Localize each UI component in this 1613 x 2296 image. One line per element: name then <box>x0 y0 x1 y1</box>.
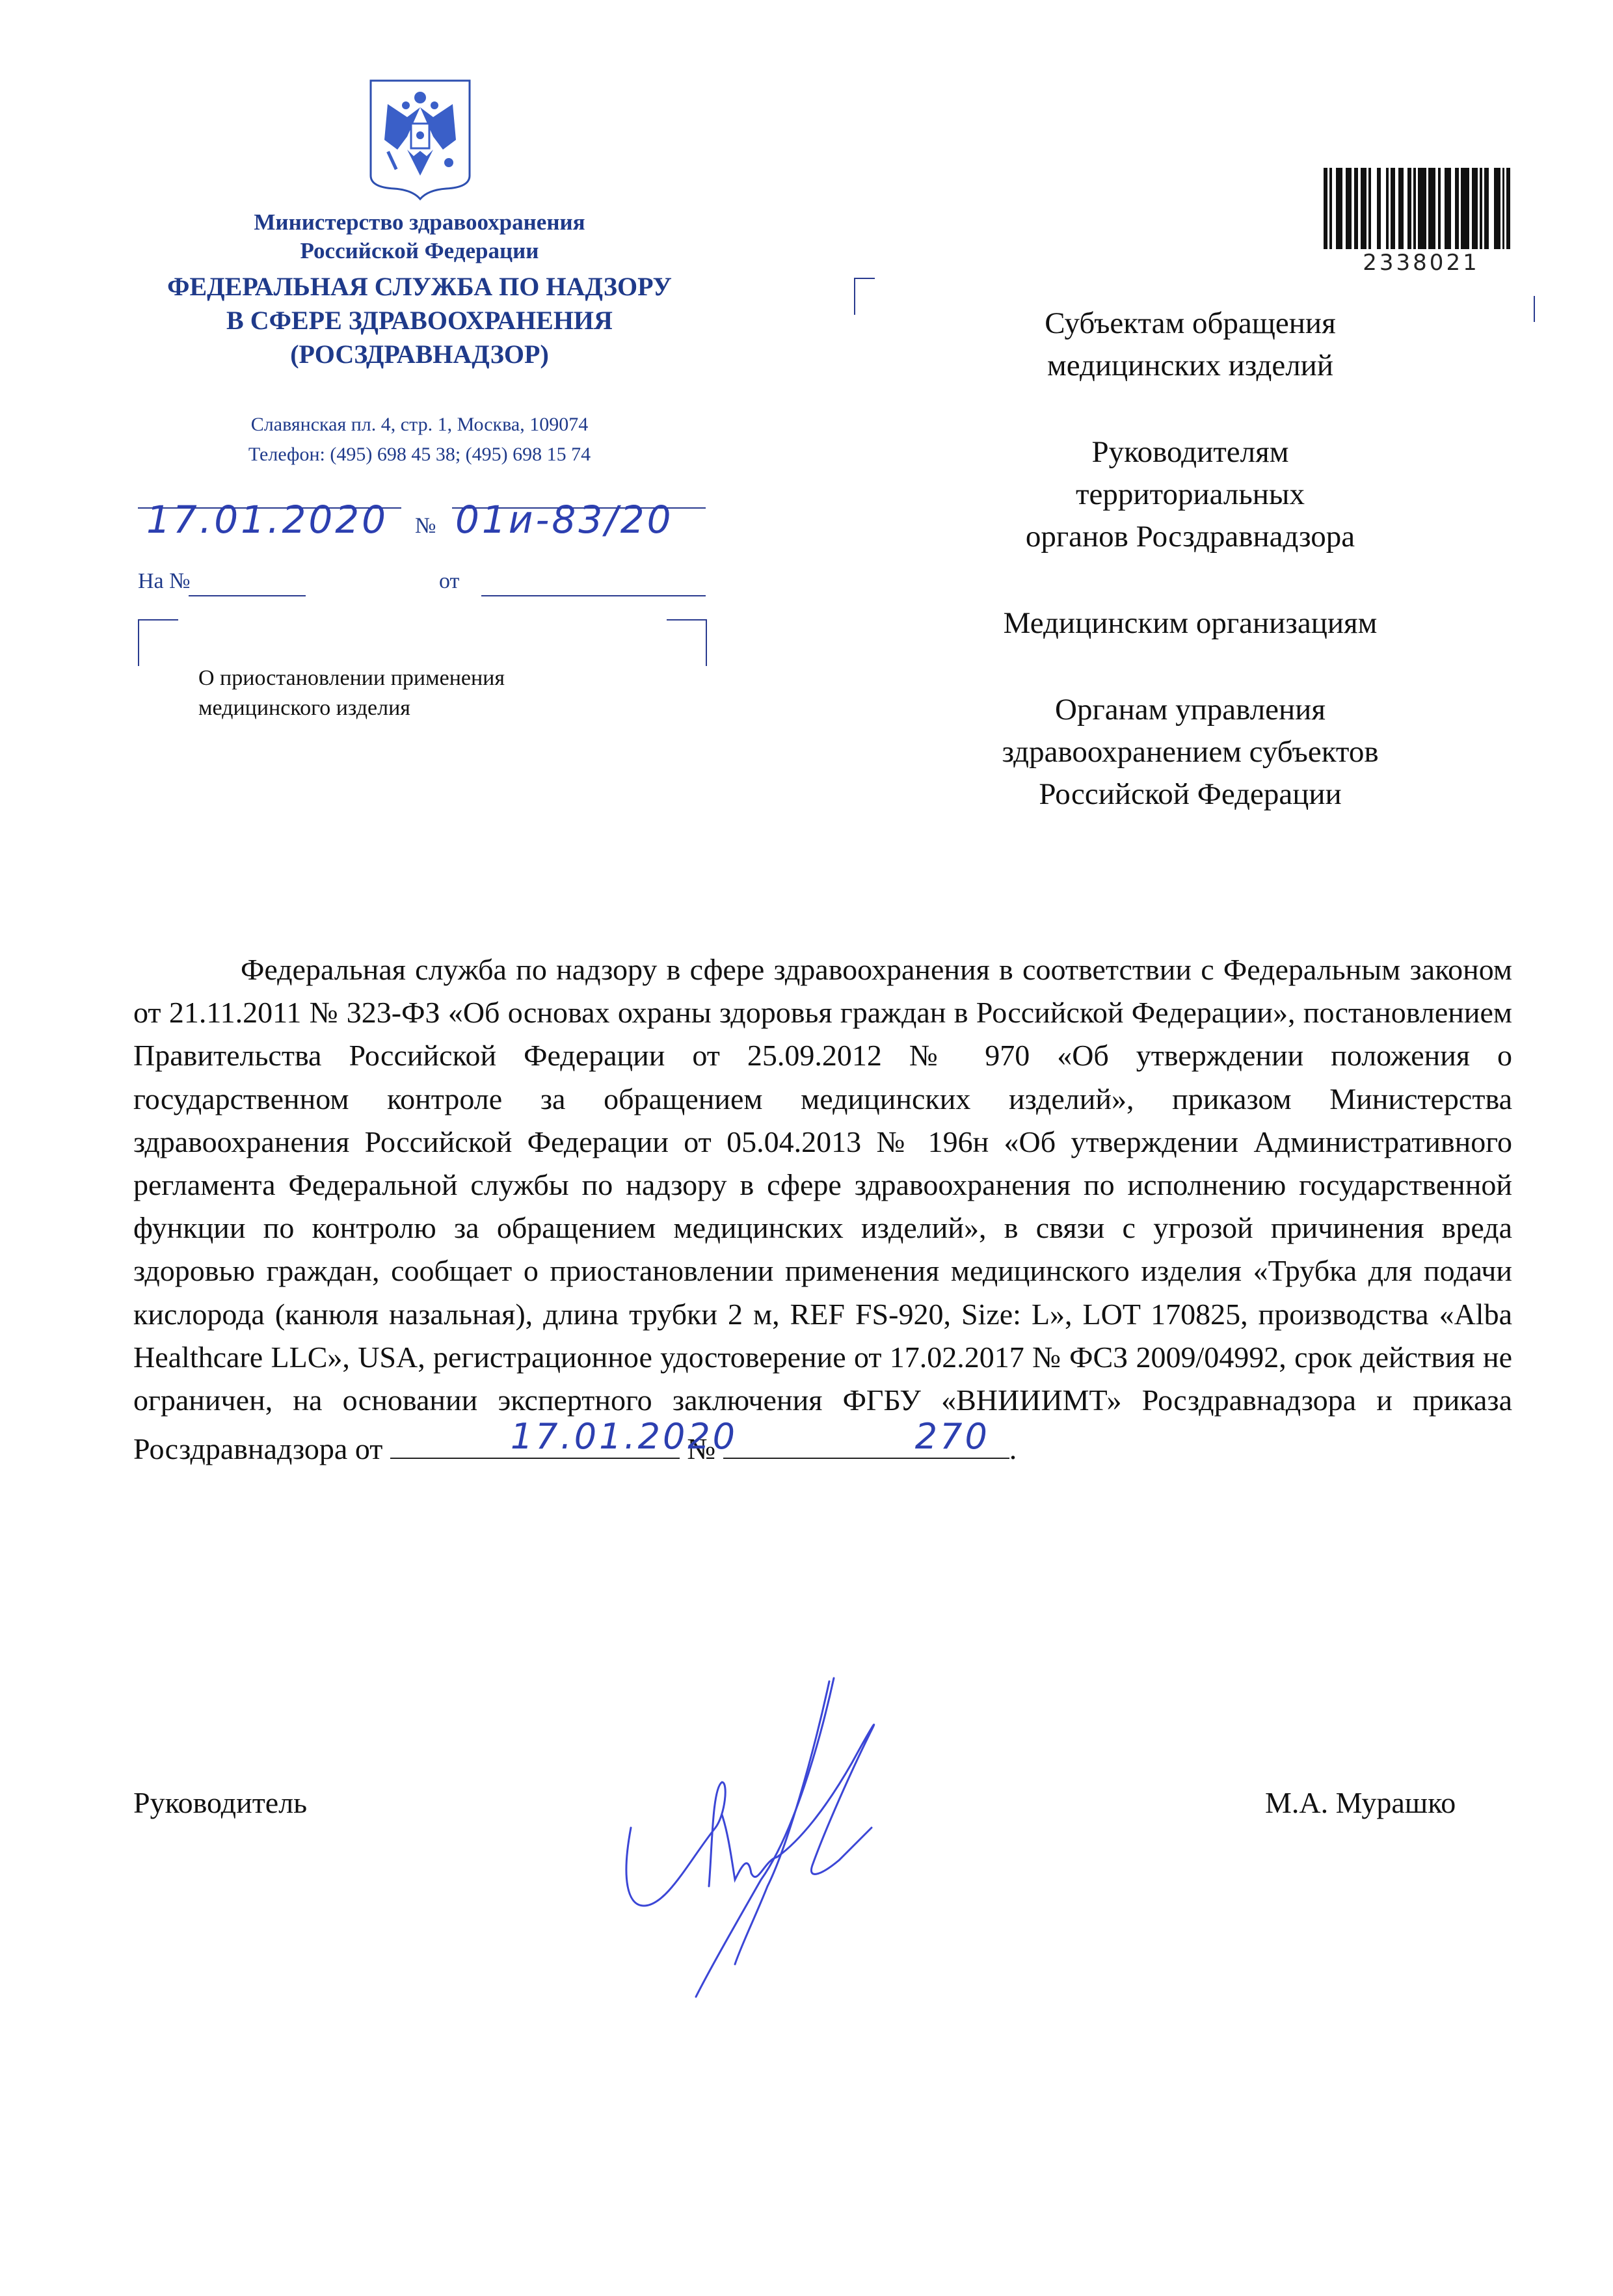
ministry-line-2: Российской Федерации <box>130 237 709 265</box>
number-sign: № <box>415 514 436 539</box>
address: Славянская пл. 4, стр. 1, Москва, 109074 <box>130 410 709 440</box>
body-paragraph: Федеральная служба по надзору в сфере зд… <box>133 948 1512 1471</box>
order-date: 17.01.2020 <box>403 1415 738 1458</box>
order-date-field: 17.01.2020 <box>390 1422 680 1459</box>
outgoing-number: 01и-83/20 <box>455 498 674 542</box>
subject-line-2: медицинского изделия <box>198 693 654 723</box>
order-number-field: 270 <box>723 1422 1009 1459</box>
subject: О приостановлении применения медицинског… <box>198 663 654 723</box>
recipient-group: Медицинским организациям <box>924 602 1457 645</box>
outgoing-date: 17.01.2020 <box>146 498 388 542</box>
address-block: Славянская пл. 4, стр. 1, Москва, 109074… <box>130 410 709 470</box>
subject-line-1: О приостановлении применения <box>198 663 654 693</box>
barcode-number: 2338021 <box>1324 250 1519 276</box>
barcode <box>1324 168 1519 249</box>
order-reference: от 17.01.2020 № 270. <box>355 1432 1017 1465</box>
service-line-2: В СФЕРЕ ЗДРАВООХРАНЕНИЯ <box>130 304 709 338</box>
service-line-1: ФЕДЕРАЛЬНАЯ СЛУЖБА ПО НАДЗОРУ <box>130 270 709 304</box>
signatory-name: М.А. Мурашко <box>1265 1785 1456 1820</box>
phone: Телефон: (495) 698 45 38; (495) 698 15 7… <box>130 440 709 470</box>
reply-to-label: На № <box>138 569 191 594</box>
reply-to-field <box>189 595 306 596</box>
ministry-name: Министерство здравоохранения Российской … <box>130 208 709 265</box>
recipient-group: Субъектам обращения медицинских изделий <box>924 302 1457 387</box>
subject-bracket-left <box>138 619 178 666</box>
recipients: Субъектам обращения медицинских изделий … <box>924 302 1457 860</box>
from-field <box>481 595 706 596</box>
from-label: от <box>439 569 459 594</box>
handwritten-signature-icon <box>605 1665 1008 2003</box>
subject-bracket-right <box>667 619 707 666</box>
order-number: 270 <box>808 1415 990 1458</box>
signatory-role: Руководитель <box>133 1785 307 1820</box>
recipient-group: Руководителям территориальных органов Ро… <box>924 431 1457 558</box>
ministry-line-1: Министерство здравоохранения <box>130 208 709 237</box>
recipient-group: Органам управления здравоохранением субъ… <box>924 689 1457 816</box>
service-name: ФЕДЕРАЛЬНАЯ СЛУЖБА ПО НАДЗОРУ В СФЕРЕ ЗД… <box>130 270 709 371</box>
body-text: Федеральная служба по надзору в сфере зд… <box>133 953 1512 1465</box>
recipient-bracket-left <box>854 278 875 315</box>
coat-of-arms-icon <box>368 78 472 202</box>
service-line-3: (РОСЗДРАВНАДЗОР) <box>130 338 709 371</box>
recipient-bracket-right <box>1534 296 1535 322</box>
